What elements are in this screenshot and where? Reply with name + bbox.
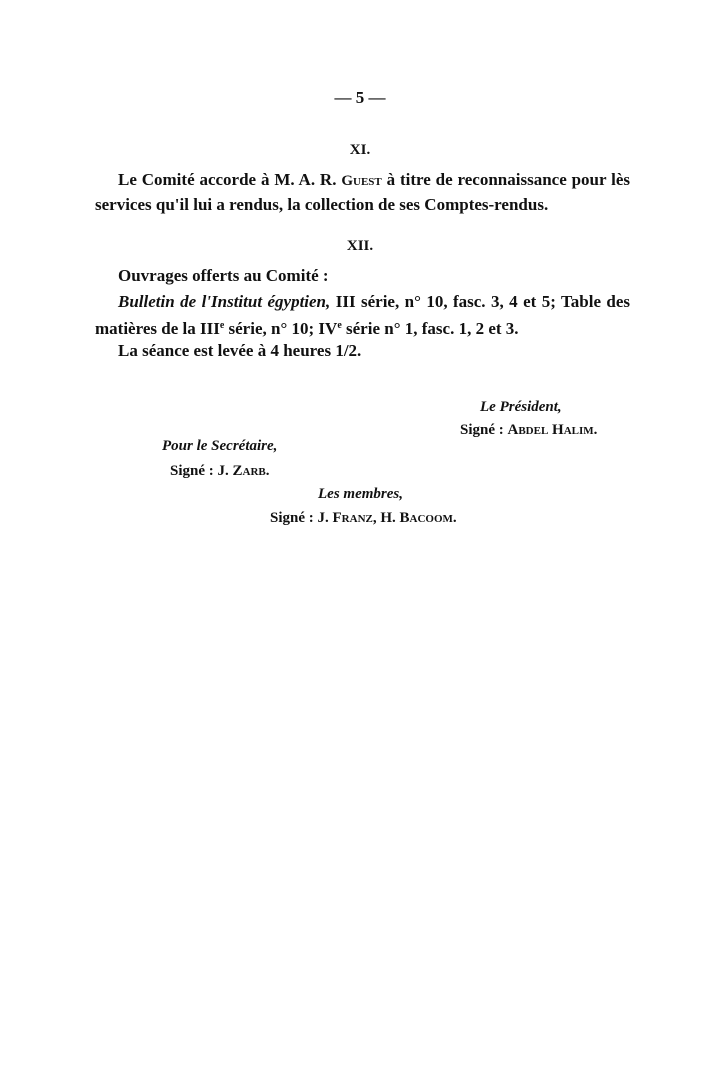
paragraph-xi-line-2: services qu'il lui a rendus, la collecti… [95,195,548,215]
person-name: Zarb. [233,463,270,479]
text: Signé : J. [170,463,229,479]
secretary-signature: Signé : J. Zarb. [170,461,270,481]
secretary-title: Pour le Secrétaire, [162,436,277,456]
text: série, n° 10; IV [224,319,337,338]
section-heading-xii: XII. [0,236,720,256]
bulletin-title: Bulletin de l'Institut égyptien, [118,292,330,311]
page-number: — 5 — [0,88,720,108]
president-title: Le Président, [480,397,562,417]
person-name: Guest [341,173,381,189]
text: série n° 1, fasc. 1, 2 et 3. [342,319,519,338]
text: Signé : [460,422,504,438]
section-heading-xi: XI. [0,140,720,160]
text: matières de la III [95,319,220,338]
text: III série, n° 10, fasc. 3, 4 et 5; Table… [336,292,630,311]
bulletin-line-2: matières de la IIIe série, n° 10; IVe sé… [95,316,519,339]
closing-line: La séance est levée à 4 heures 1/2. [118,341,361,361]
offered-works-intro: Ouvrages offerts au Comité : [118,266,329,286]
person-name: Abdel Halim. [508,422,598,438]
text: Signé : J. [270,510,329,526]
text: à titre de reconnaissance pour lès [387,170,630,189]
person-name: Bacoom. [400,510,457,526]
person-name: Franz [333,510,373,526]
members-title: Les membres, [318,484,403,504]
text: , H. [373,510,396,526]
text: Le Comité accorde à M. A. R. [118,170,336,189]
president-signature: Signé : Abdel Halim. [460,420,597,440]
paragraph-xi-line-1: Le Comité accorde à M. A. R. Guest à tit… [118,170,630,191]
bulletin-line-1: Bulletin de l'Institut égyptien, III sér… [118,292,630,312]
members-signature: Signé : J. Franz, H. Bacoom. [270,508,457,528]
